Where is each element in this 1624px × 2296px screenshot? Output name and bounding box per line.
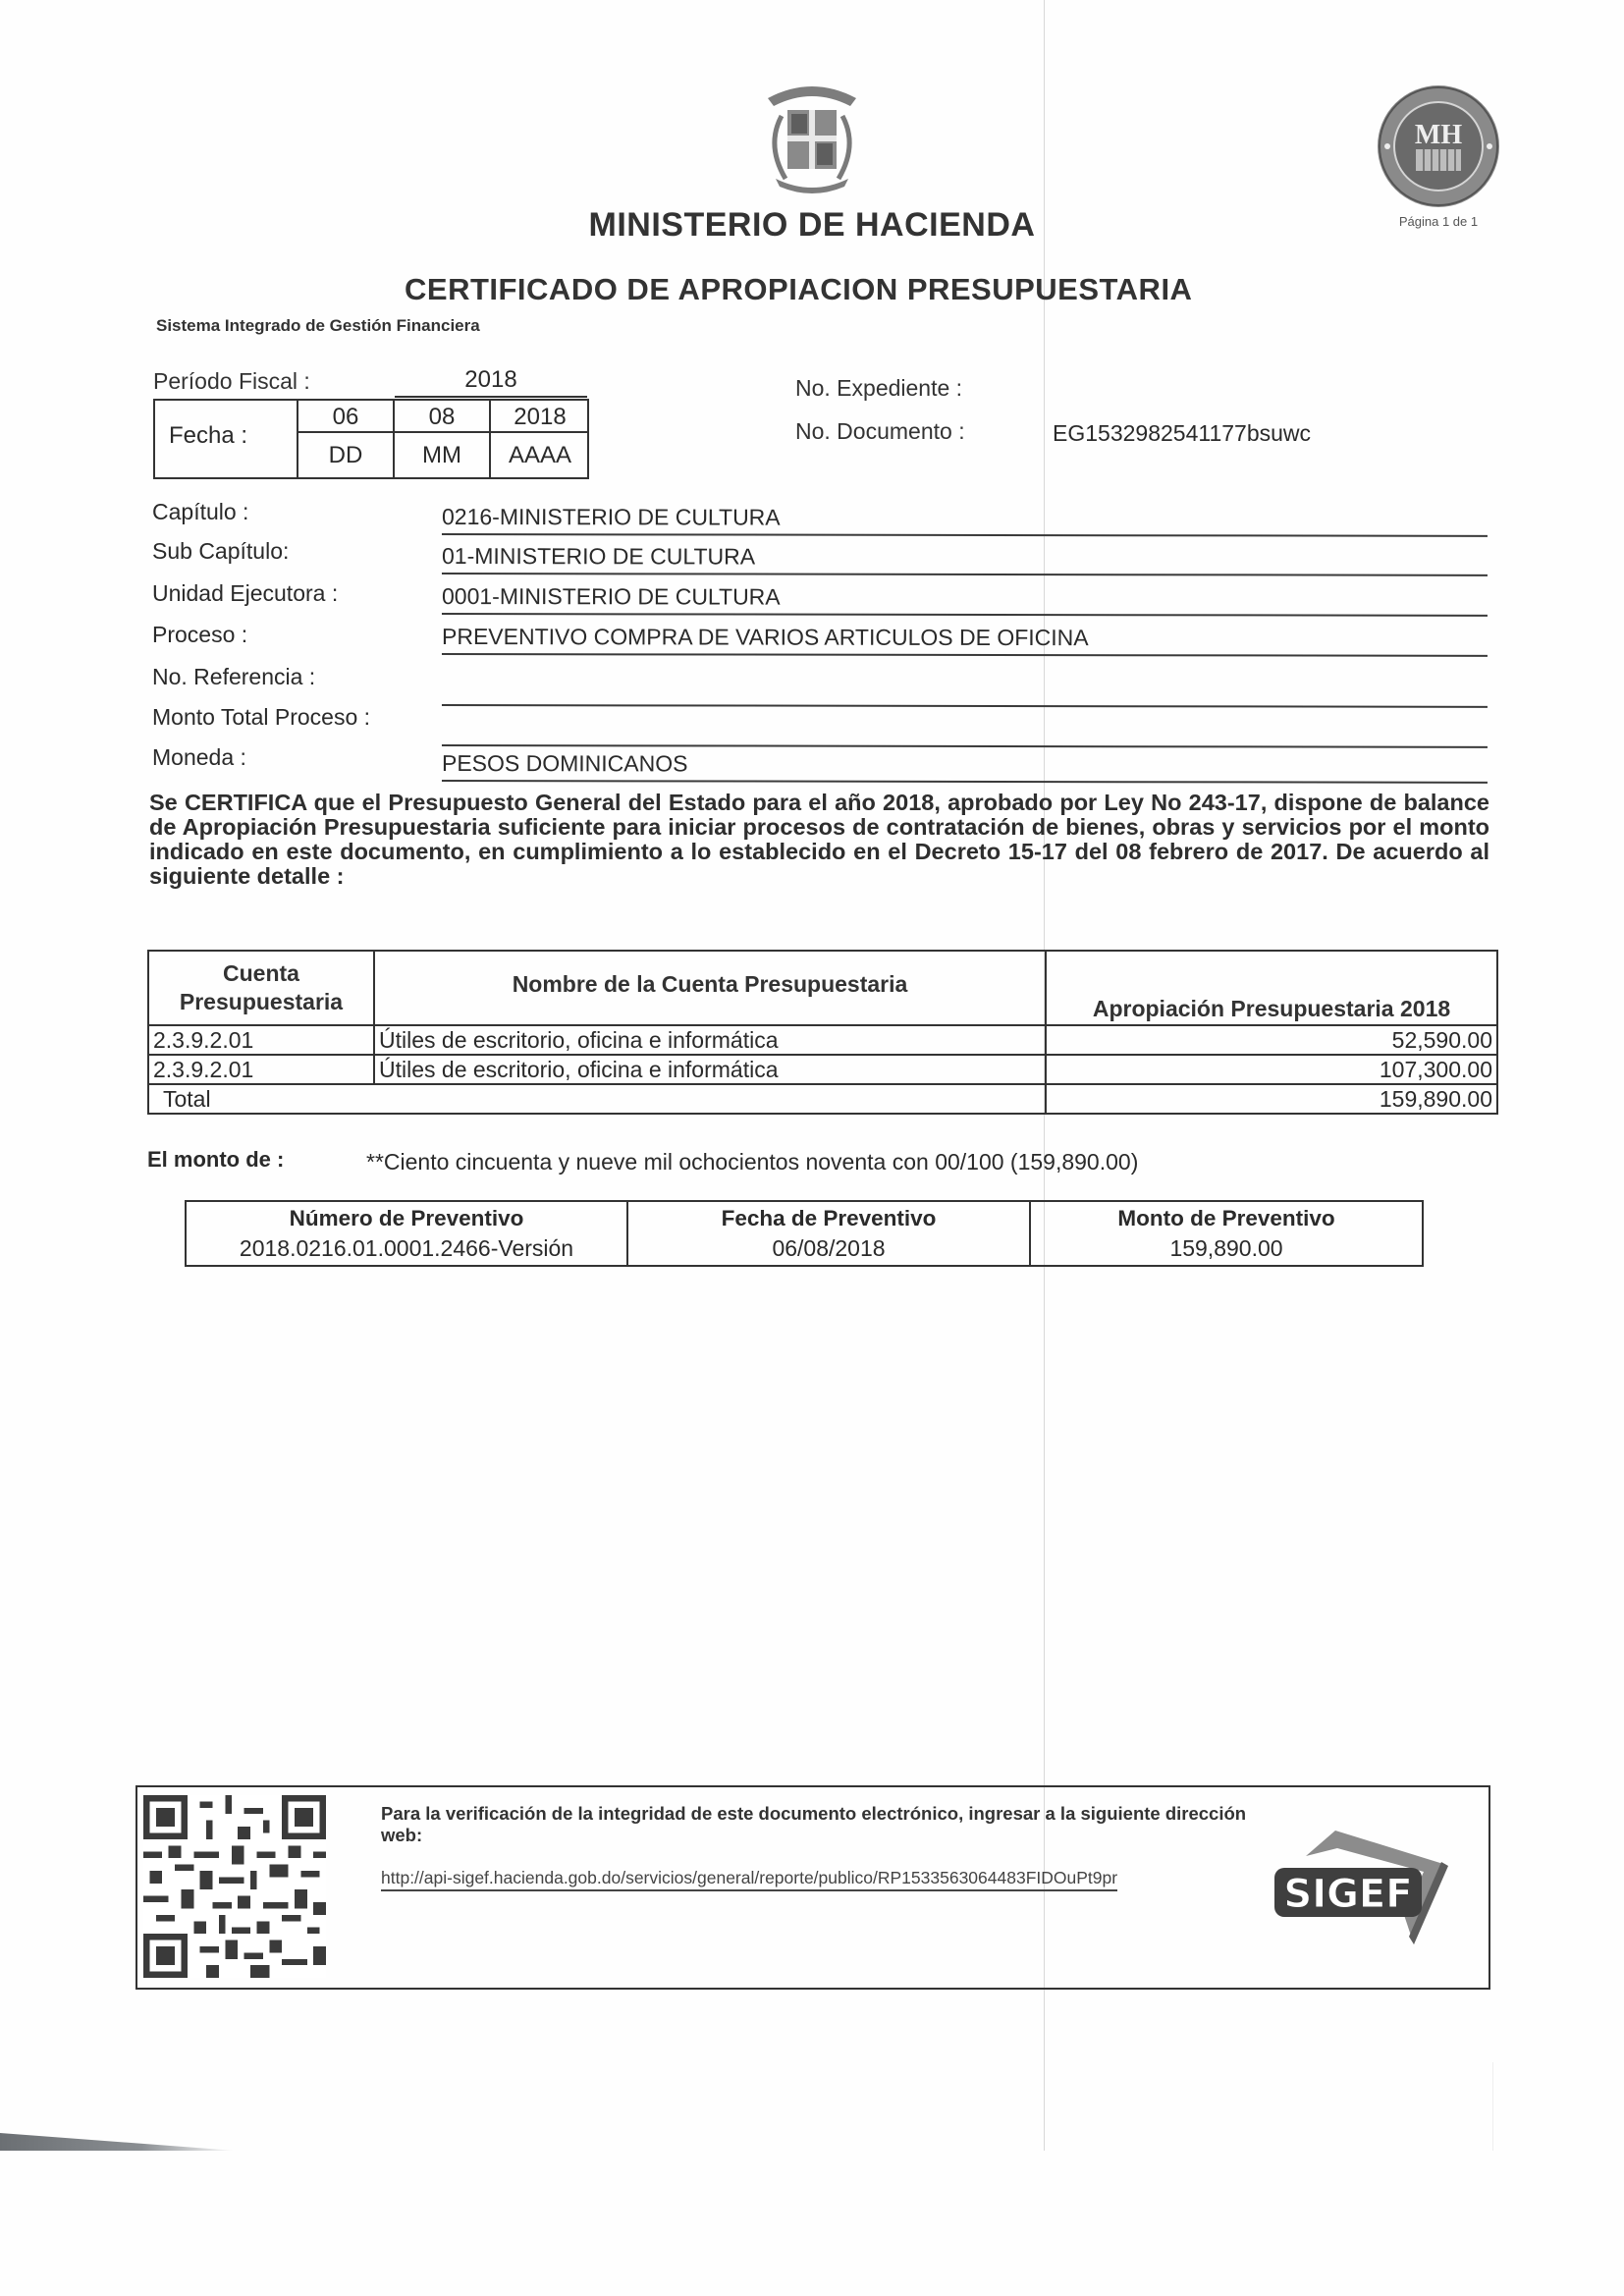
account-code: 2.3.9.2.01 (148, 1055, 374, 1084)
verification-text: Para la verificación de la integridad de… (381, 1803, 1265, 1846)
proceso-label: Proceso : (152, 622, 247, 648)
capitulo-label: Capítulo : (152, 499, 248, 525)
system-name: Sistema Integrado de Gestión Financiera (156, 316, 480, 336)
coat-of-arms-icon (748, 77, 876, 204)
header-nombre: Nombre de la Cuenta Presupuestaria (374, 951, 1046, 1025)
document-title: CERTIFICADO DE APROPIACION PRESUPUESTARI… (405, 272, 1192, 307)
account-code: 2.3.9.2.01 (148, 1025, 374, 1055)
monto-total-value (442, 715, 1488, 748)
fecha-preventivo-header: Fecha de Preventivo (632, 1204, 1025, 1233)
sub-capitulo-value: 01-MINISTERIO DE CULTURA (442, 543, 1488, 576)
numero-preventivo-cell: Número de Preventivo 2018.0216.01.0001.2… (186, 1201, 627, 1266)
monto-preventivo-cell: Monto de Preventivo 159,890.00 (1030, 1201, 1423, 1266)
account-amount: 107,300.00 (1046, 1055, 1497, 1084)
fecha-month-label: MM (395, 433, 491, 477)
periodo-fiscal-label: Período Fiscal : (153, 368, 310, 395)
fecha-preventivo-value: 06/08/2018 (632, 1233, 1025, 1263)
header-cuenta: Cuenta Presupuestaria (148, 951, 374, 1025)
monto-total-label: Monto Total Proceso : (152, 704, 370, 731)
fecha-day-label: DD (298, 433, 395, 477)
scan-artifact-line (1492, 2062, 1493, 2151)
budget-table: Cuenta Presupuestaria Nombre de la Cuent… (147, 950, 1498, 1115)
monto-value: **Ciento cincuenta y nueve mil ochocient… (366, 1149, 1138, 1175)
total-row: Total 159,890.00 (148, 1084, 1497, 1114)
fecha-box: Fecha : 06 08 2018 DD MM AAAA (153, 399, 589, 479)
scan-edge-shadow (0, 2133, 236, 2151)
account-name: Útiles de escritorio, oficina e informát… (374, 1025, 1046, 1055)
header-apropiacion: Apropiación Presupuestaria 2018 (1046, 951, 1497, 1025)
account-name: Útiles de escritorio, oficina e informát… (374, 1055, 1046, 1084)
table-row: 2.3.9.2.01 Útiles de escritorio, oficina… (148, 1025, 1497, 1055)
verification-url-link[interactable]: http://api-sigef.hacienda.gob.do/servici… (381, 1868, 1117, 1891)
fecha-preventivo-cell: Fecha de Preventivo 06/08/2018 (627, 1201, 1030, 1266)
fecha-day: 06 (298, 401, 395, 433)
svg-text:SIGEF: SIGEF (1283, 1872, 1412, 1917)
expediente-label: No. Expediente : (795, 375, 962, 402)
no-referencia-value (442, 675, 1488, 708)
svg-text:MH: MH (1415, 120, 1462, 150)
documento-label: No. Documento : (795, 418, 965, 445)
verification-box: Para la verificación de la integridad de… (135, 1785, 1490, 1990)
sub-capitulo-label: Sub Capítulo: (152, 538, 289, 565)
fecha-month: 08 (395, 401, 491, 433)
certification-paragraph: Se CERTIFICA que el Presupuesto General … (149, 791, 1489, 889)
total-amount: 159,890.00 (1046, 1084, 1497, 1114)
unidad-ejecutora-label: Unidad Ejecutora : (152, 580, 338, 607)
numero-preventivo-value: 2018.0216.01.0001.2466-Versión (190, 1233, 623, 1263)
fecha-year: 2018 (491, 401, 589, 433)
numero-preventivo-header: Número de Preventivo (190, 1204, 623, 1233)
sigef-logo-icon: SIGEF (1267, 1817, 1458, 1954)
proceso-value: PREVENTIVO COMPRA DE VARIOS ARTICULOS DE… (442, 624, 1488, 657)
monto-preventivo-header: Monto de Preventivo (1035, 1204, 1418, 1233)
fecha-grid: 06 08 2018 DD MM AAAA (297, 401, 589, 477)
fecha-label: Fecha : (169, 422, 247, 450)
unidad-ejecutora-value: 0001-MINISTERIO DE CULTURA (442, 583, 1488, 617)
preventivo-table: Número de Preventivo 2018.0216.01.0001.2… (185, 1200, 1424, 1267)
table-row: 2.3.9.2.01 Útiles de escritorio, oficina… (148, 1055, 1497, 1084)
moneda-value: PESOS DOMINICANOS (442, 750, 1488, 784)
total-label: Total (148, 1084, 1046, 1114)
monto-label: El monto de : (147, 1147, 284, 1173)
moneda-label: Moneda : (152, 744, 246, 771)
page-number: Página 1 de 1 (1375, 214, 1502, 229)
qr-code-icon[interactable] (143, 1795, 326, 1978)
fecha-year-label: AAAA (491, 433, 589, 477)
ministry-seal-icon: MH (1375, 82, 1502, 210)
account-amount: 52,590.00 (1046, 1025, 1497, 1055)
monto-preventivo-value: 159,890.00 (1035, 1233, 1418, 1263)
capitulo-value: 0216-MINISTERIO DE CULTURA (442, 504, 1488, 537)
no-referencia-label: No. Referencia : (152, 664, 315, 690)
documento-value: EG1532982541177bsuwc (1053, 420, 1311, 447)
periodo-fiscal-value: 2018 (395, 366, 587, 398)
